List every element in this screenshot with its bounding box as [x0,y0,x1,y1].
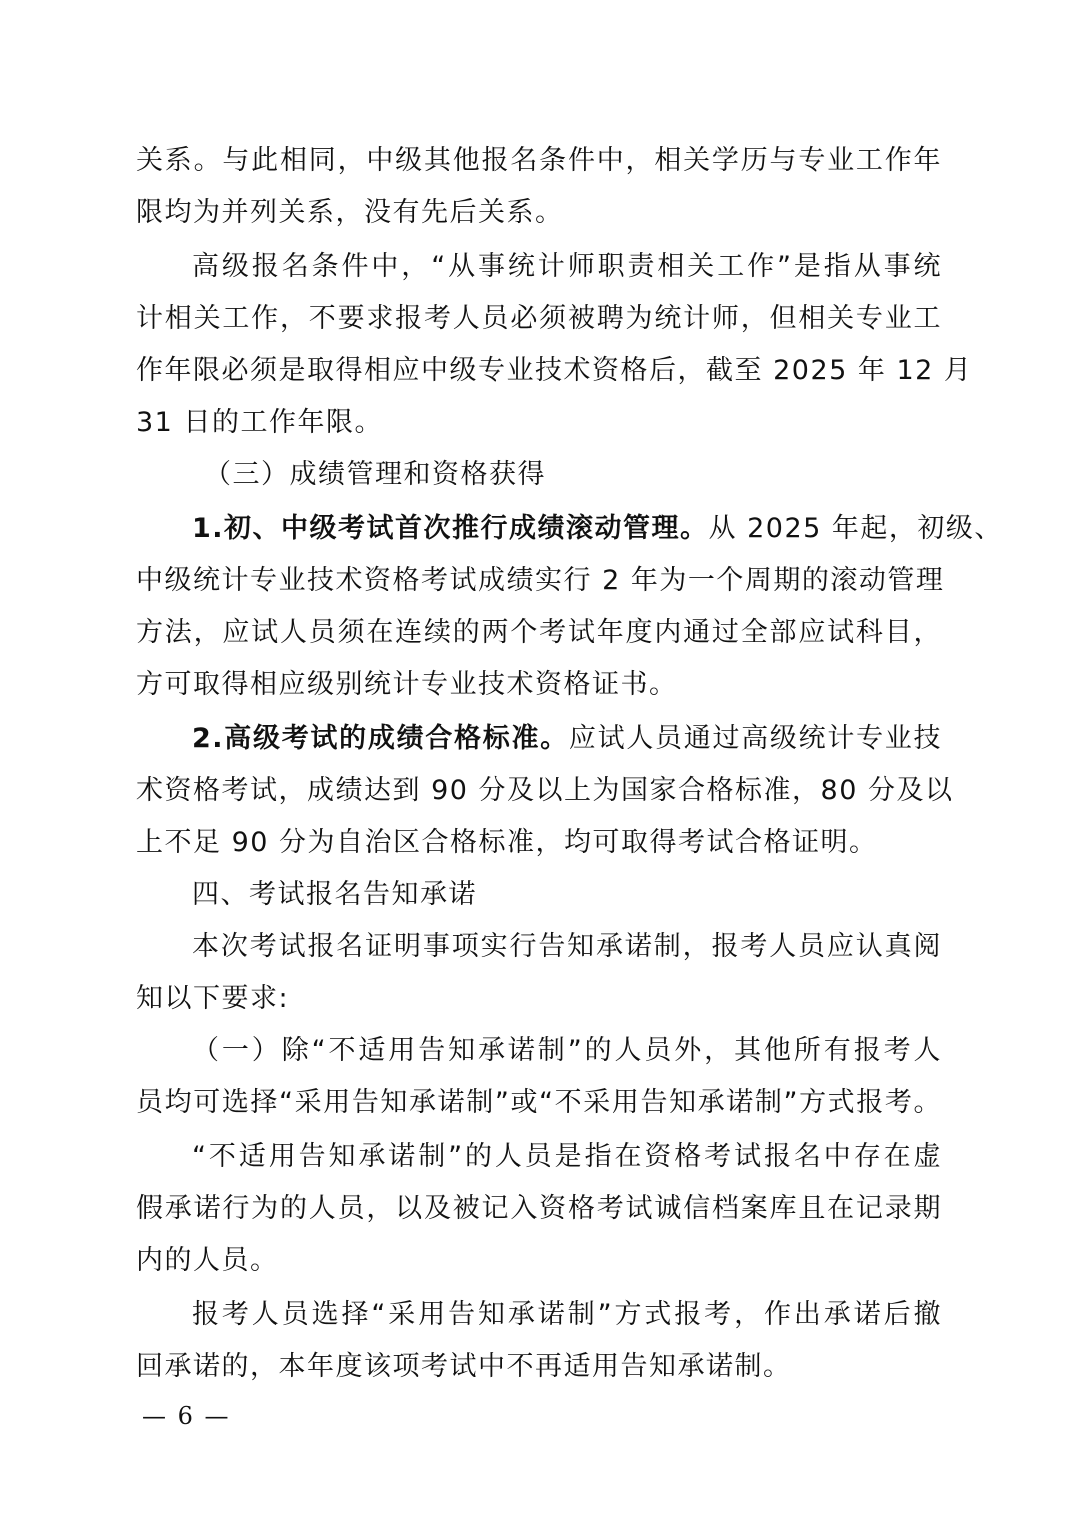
paragraph-line: 作年限必须是取得相应中级专业技术资格后，截至 2025 年 12 月 [136,348,942,394]
paragraph-line: 假承诺行为的人员，以及被记入资格考试诚信档案库且在记录期 [136,1186,942,1232]
bold-lead: 2.高级考试的成绩合格标准。 [192,723,569,754]
paragraph-line: 中级统计专业技术资格考试成绩实行 2 年为一个周期的滚动管理 [136,558,942,604]
paragraph-line: 内的人员。 [136,1238,942,1284]
paragraph-line: 员均可选择“采用告知承诺制”或“不采用告知承诺制”方式报考。 [136,1080,942,1126]
paragraph-line: “不适用告知承诺制”的人员是指在资格考试报名中存在虚 [136,1134,942,1180]
paragraph-line: 报考人员选择“采用告知承诺制”方式报考，作出承诺后撤 [136,1292,942,1338]
section-heading-3: （三）成绩管理和资格获得 [136,452,942,498]
page-number: — 6 — [142,1402,231,1430]
paragraph-line: 高级报名条件中，“从事统计师职责相关工作”是指从事统 [136,244,942,290]
paragraph-line: 限均为并列关系，没有先后关系。 [136,190,942,236]
paragraph-line: （一）除“不适用告知承诺制”的人员外，其他所有报考人 [136,1028,942,1074]
paragraph-line: 方可取得相应级别统计专业技术资格证书。 [136,662,942,708]
bold-lead: 1.初、中级考试首次推行成绩滚动管理。 [192,513,709,544]
line-text: 从 2025 年起，初级、 [709,513,1003,544]
paragraph-line: 本次考试报名证明事项实行告知承诺制，报考人员应认真阅 [136,924,942,970]
line-text: 应试人员通过高级统计专业技 [569,723,942,754]
paragraph-line: 知以下要求: [136,976,942,1022]
paragraph-line: 2.高级考试的成绩合格标准。应试人员通过高级统计专业技 [136,716,942,762]
paragraph-line: 1.初、中级考试首次推行成绩滚动管理。从 2025 年起，初级、 [136,506,942,552]
paragraph-line: 31 日的工作年限。 [136,400,942,446]
paragraph-line: 上不足 90 分为自治区合格标准，均可取得考试合格证明。 [136,820,942,866]
section-heading-4: 四、考试报名告知承诺 [136,872,942,918]
paragraph-line: 计相关工作，不要求报考人员必须被聘为统计师，但相关专业工 [136,296,942,342]
paragraph-line: 术资格考试，成绩达到 90 分及以上为国家合格标准，80 分及以 [136,768,942,814]
paragraph-line: 回承诺的，本年度该项考试中不再适用告知承诺制。 [136,1344,942,1390]
paragraph-line: 方法，应试人员须在连续的两个考试年度内通过全部应试科目， [136,610,942,656]
paragraph-line: 关系。与此相同，中级其他报名条件中，相关学历与专业工作年 [136,138,942,184]
